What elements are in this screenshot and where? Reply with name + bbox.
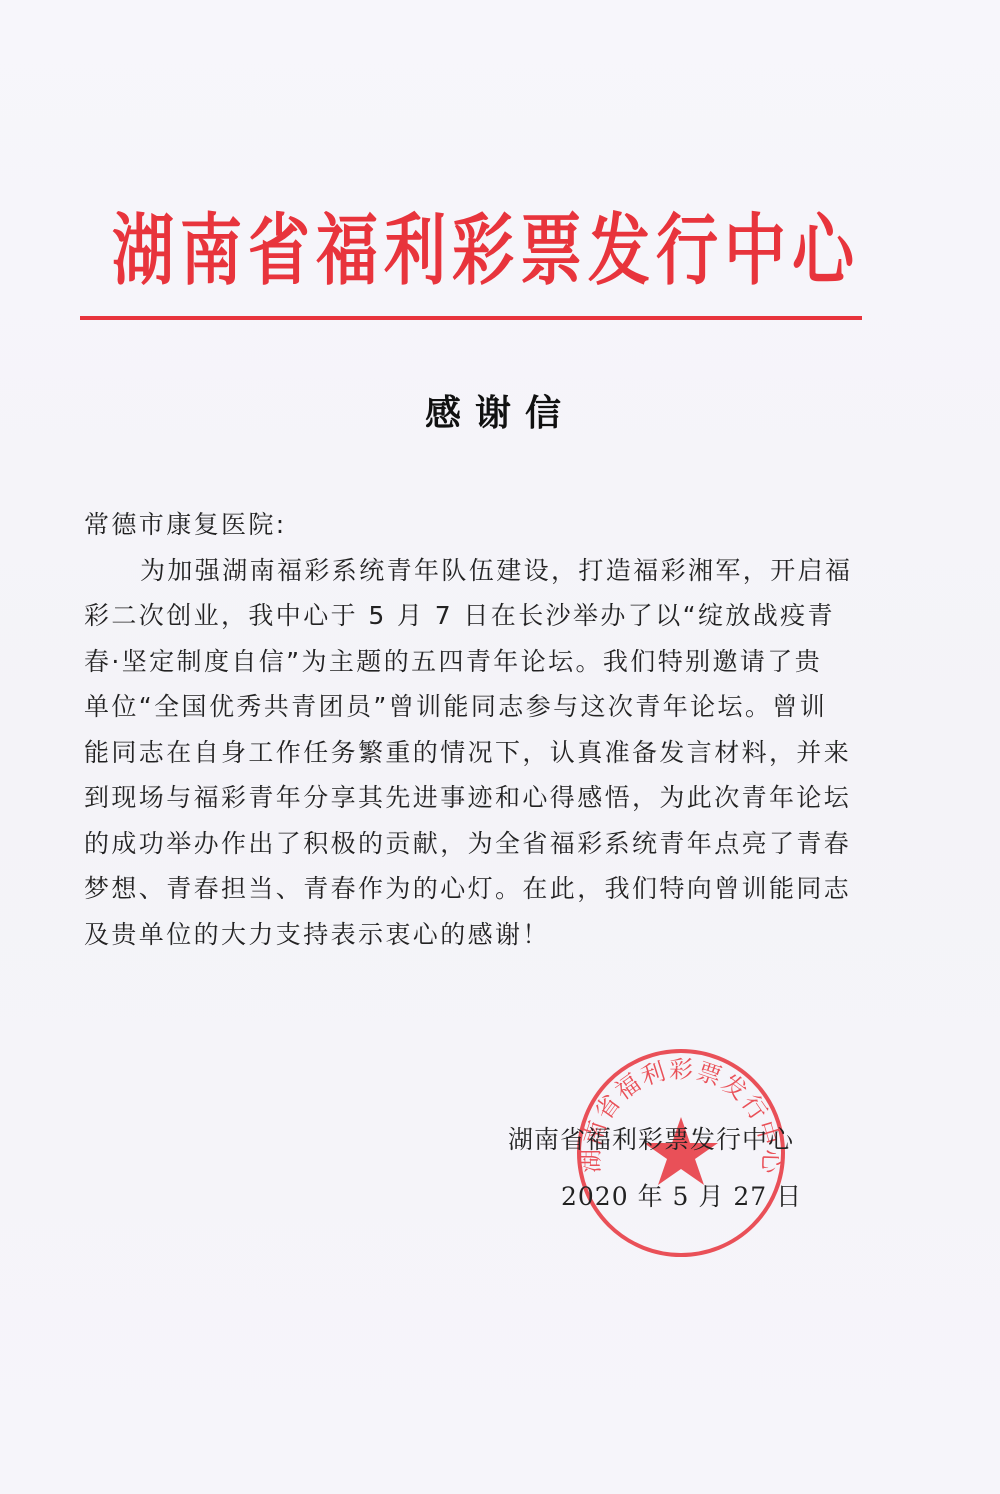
body-line: 梦想、青春担当、青春作为的心灯。在此，我们特向曾训能同志 [84,866,904,912]
letterhead-divider [80,316,862,320]
letter-page: 湖南省福利彩票发行中心 感谢信 常德市康复医院: 为加强湖南福彩系统青年队伍建设… [0,0,1000,1494]
body-line: 春·坚定制度自信”为主题的五四青年论坛。我们特别邀请了贵 [84,639,904,685]
signature-date: 2020 年 5 月 27 日 [561,1177,802,1213]
document-title: 感谢信 [0,385,1000,436]
body-line: 到现场与福彩青年分享其先进事迹和心得感悟，为此次青年论坛 [84,775,904,821]
body-line: 单位“全国优秀共青团员”曾训能同志参与这次青年论坛。曾训 [84,684,904,730]
body-line: 彩二次创业，我中心于 5 月 7 日在长沙举办了以“绽放战疫青 [84,593,904,639]
salutation: 常德市康复医院: [84,502,904,548]
letter-body: 常德市康复医院: 为加强湖南福彩系统青年队伍建设，打造福彩湘军，开启福 彩二次创… [84,502,904,957]
body-line: 为加强湖南福彩系统青年队伍建设，打造福彩湘军，开启福 [84,548,904,594]
body-line: 能同志在自身工作任务繁重的情况下，认真准备发言材料，并来 [84,730,904,776]
body-line: 及贵单位的大力支持表示衷心的感谢！ [84,912,904,958]
body-line: 的成功举办作出了积极的贡献，为全省福彩系统青年点亮了青春 [84,821,904,867]
letterhead-organization: 湖南省福利彩票发行中心 [112,188,832,299]
signature-organization: 湖南省福利彩票发行中心 [508,1120,794,1156]
